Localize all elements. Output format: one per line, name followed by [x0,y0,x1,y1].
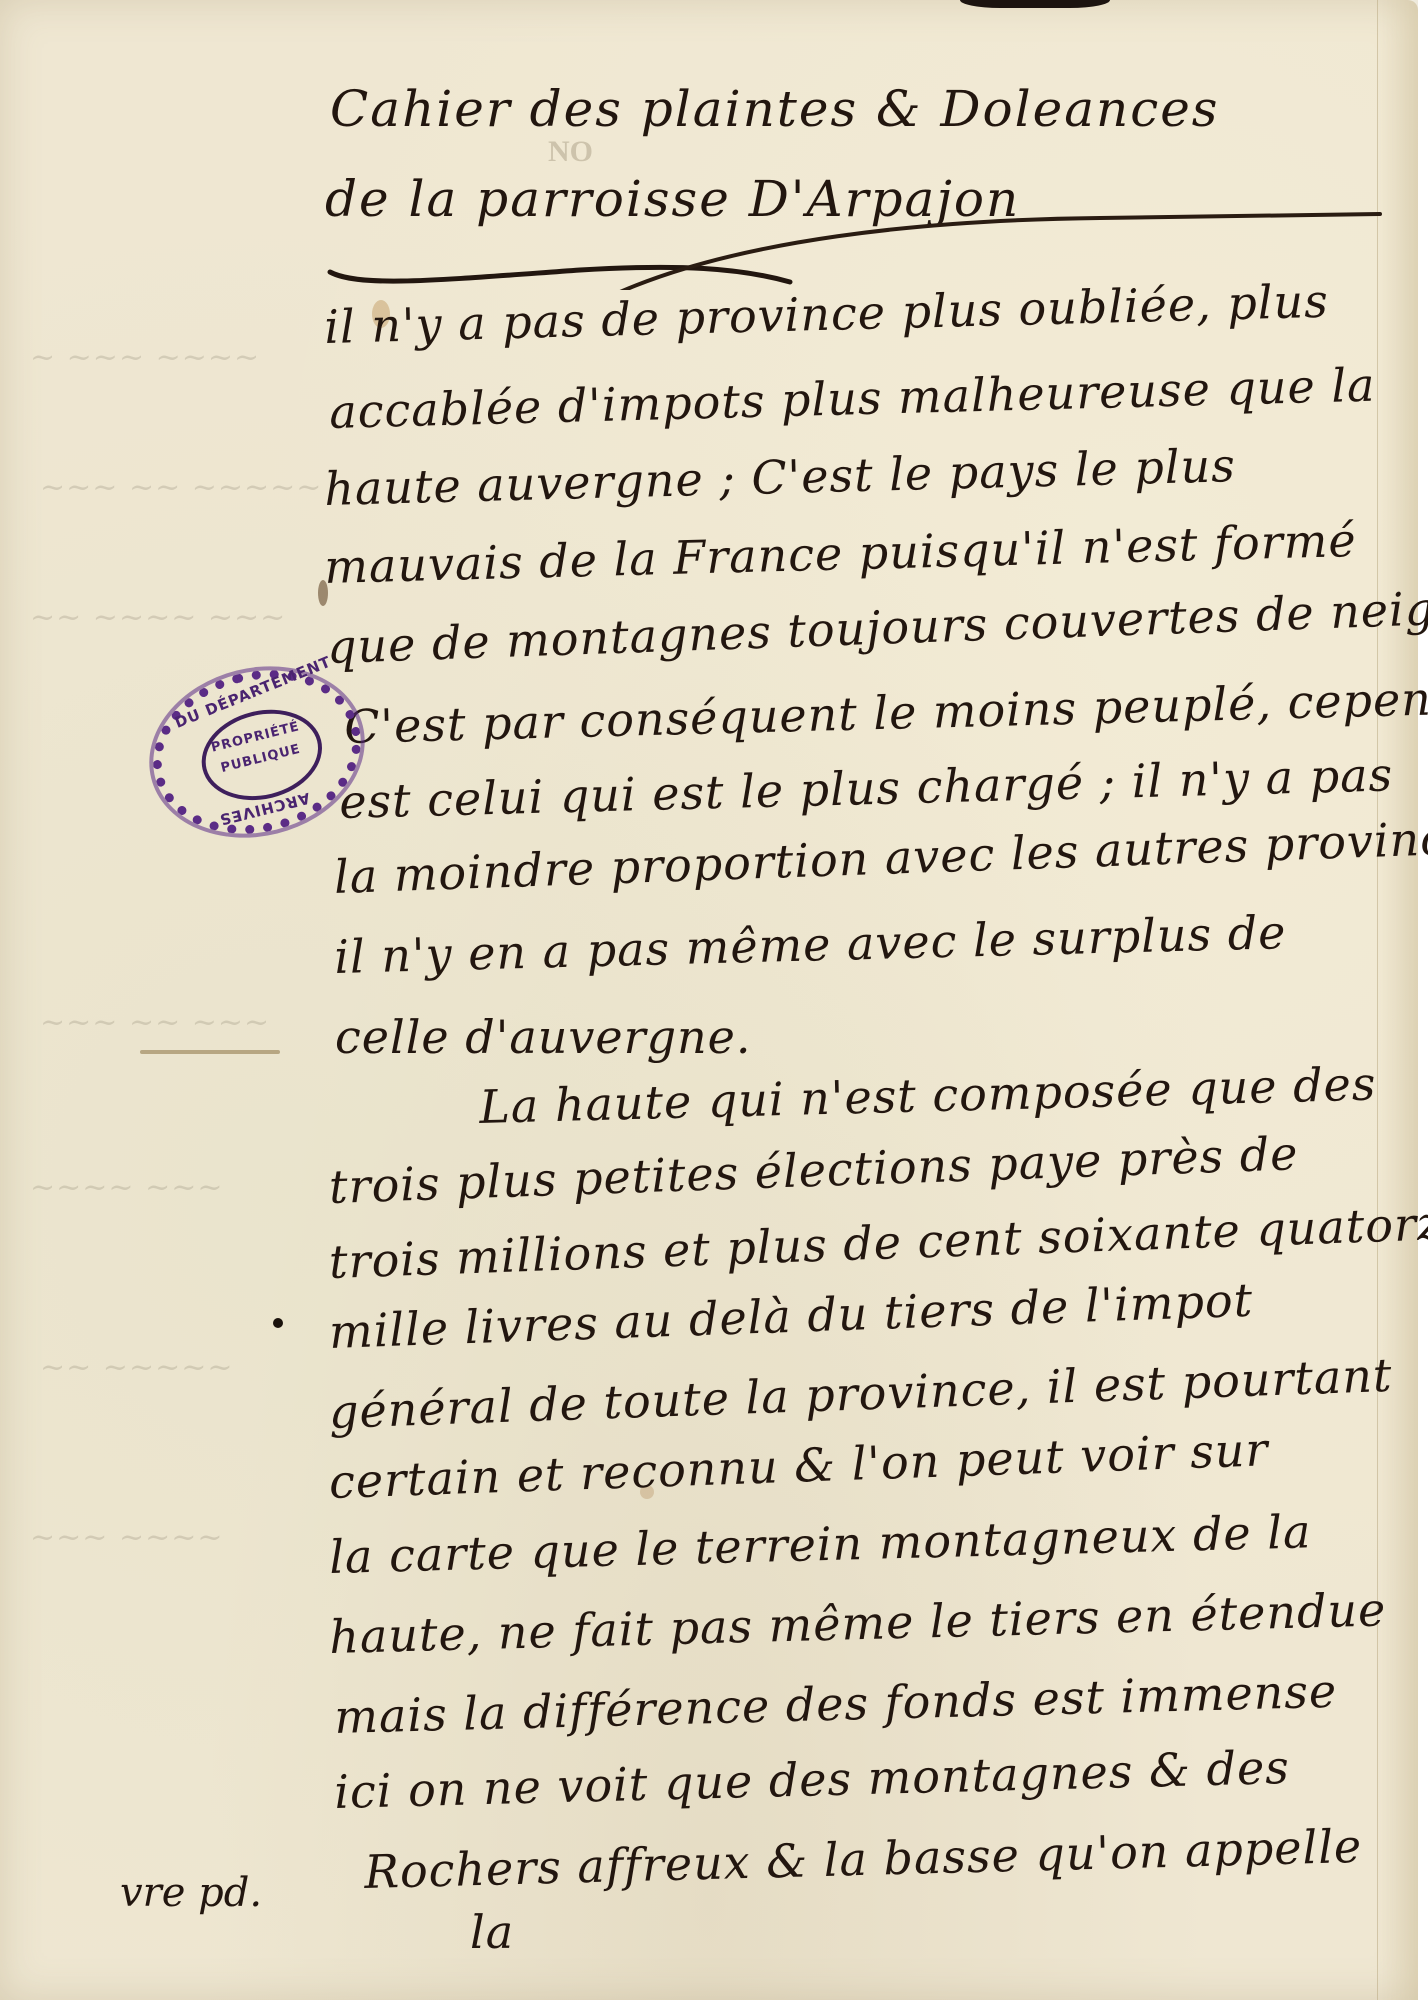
ink-dot [273,1318,283,1328]
paper-stain [140,1050,280,1054]
body-line: accablée d'impots plus malheureuse que l… [329,358,1377,439]
body-line: celle d'auvergne. [335,1010,752,1064]
body-line: la carte que le terrein montagneux de la [329,1504,1312,1584]
bleed-through-text: ~ ~~~ ~~~~ [30,340,260,375]
body-line: ici on ne voit que des montagnes & des [334,1740,1291,1819]
page-edge-fold [1377,0,1418,2000]
catchword: la [470,1905,514,1959]
body-line: haute, ne fait pas même le tiers en éten… [329,1582,1387,1664]
body-line: certain et reconnu & l'on peut voir sur [328,1422,1269,1509]
body-line: mille livres au delà du tiers de l'impot [328,1273,1254,1359]
body-line: trois millions et plus de cent soixante … [328,1195,1428,1289]
body-line: il n'y en a pas même avec le surplus de [334,905,1287,984]
body-line-paragraph-start: La haute qui n'est composée que des [479,1057,1377,1134]
faint-folio-mark: NO [548,135,593,169]
body-line: trois plus petites élections paye près d… [328,1126,1299,1214]
bleed-through-text: ~~ ~~~~ ~~~ [30,600,286,635]
margin-note: vre pd. [120,1870,262,1916]
bleed-through-text: ~~~ ~~ ~~~ [40,1005,270,1040]
body-line: Rochers affreux & la basse qu'on appelle [364,1819,1363,1899]
body-line: est celui qui est le plus chargé ; il n'… [339,747,1394,829]
bleed-through-text: ~~~ ~~~~ [30,1520,224,1555]
body-line: mauvais de la France puisqu'il n'est for… [324,513,1358,594]
binding-tab [960,0,1110,8]
bleed-through-text: ~~ ~~~~~ [40,1350,234,1385]
body-line: haute auvergne ; C'est le pays le plus [324,438,1237,516]
manuscript-page: ~ ~~~ ~~~~ ~~~ ~~ ~~~~~ ~~ ~~~~ ~~~ ~~~ … [0,0,1418,2000]
document-title-line-1: Cahier des plaintes & Doleances [330,80,1219,138]
body-line: mais la différence des fonds est immense [334,1664,1338,1744]
body-line: C'est par conséquent le moins peuplé, ce… [344,669,1428,754]
body-line: que de montagnes toujours couvertes de n… [326,580,1428,674]
bleed-through-text: ~~~~ ~~~ [30,1170,224,1205]
bleed-through-text: ~~~ ~~ ~~~~~ [40,470,322,505]
